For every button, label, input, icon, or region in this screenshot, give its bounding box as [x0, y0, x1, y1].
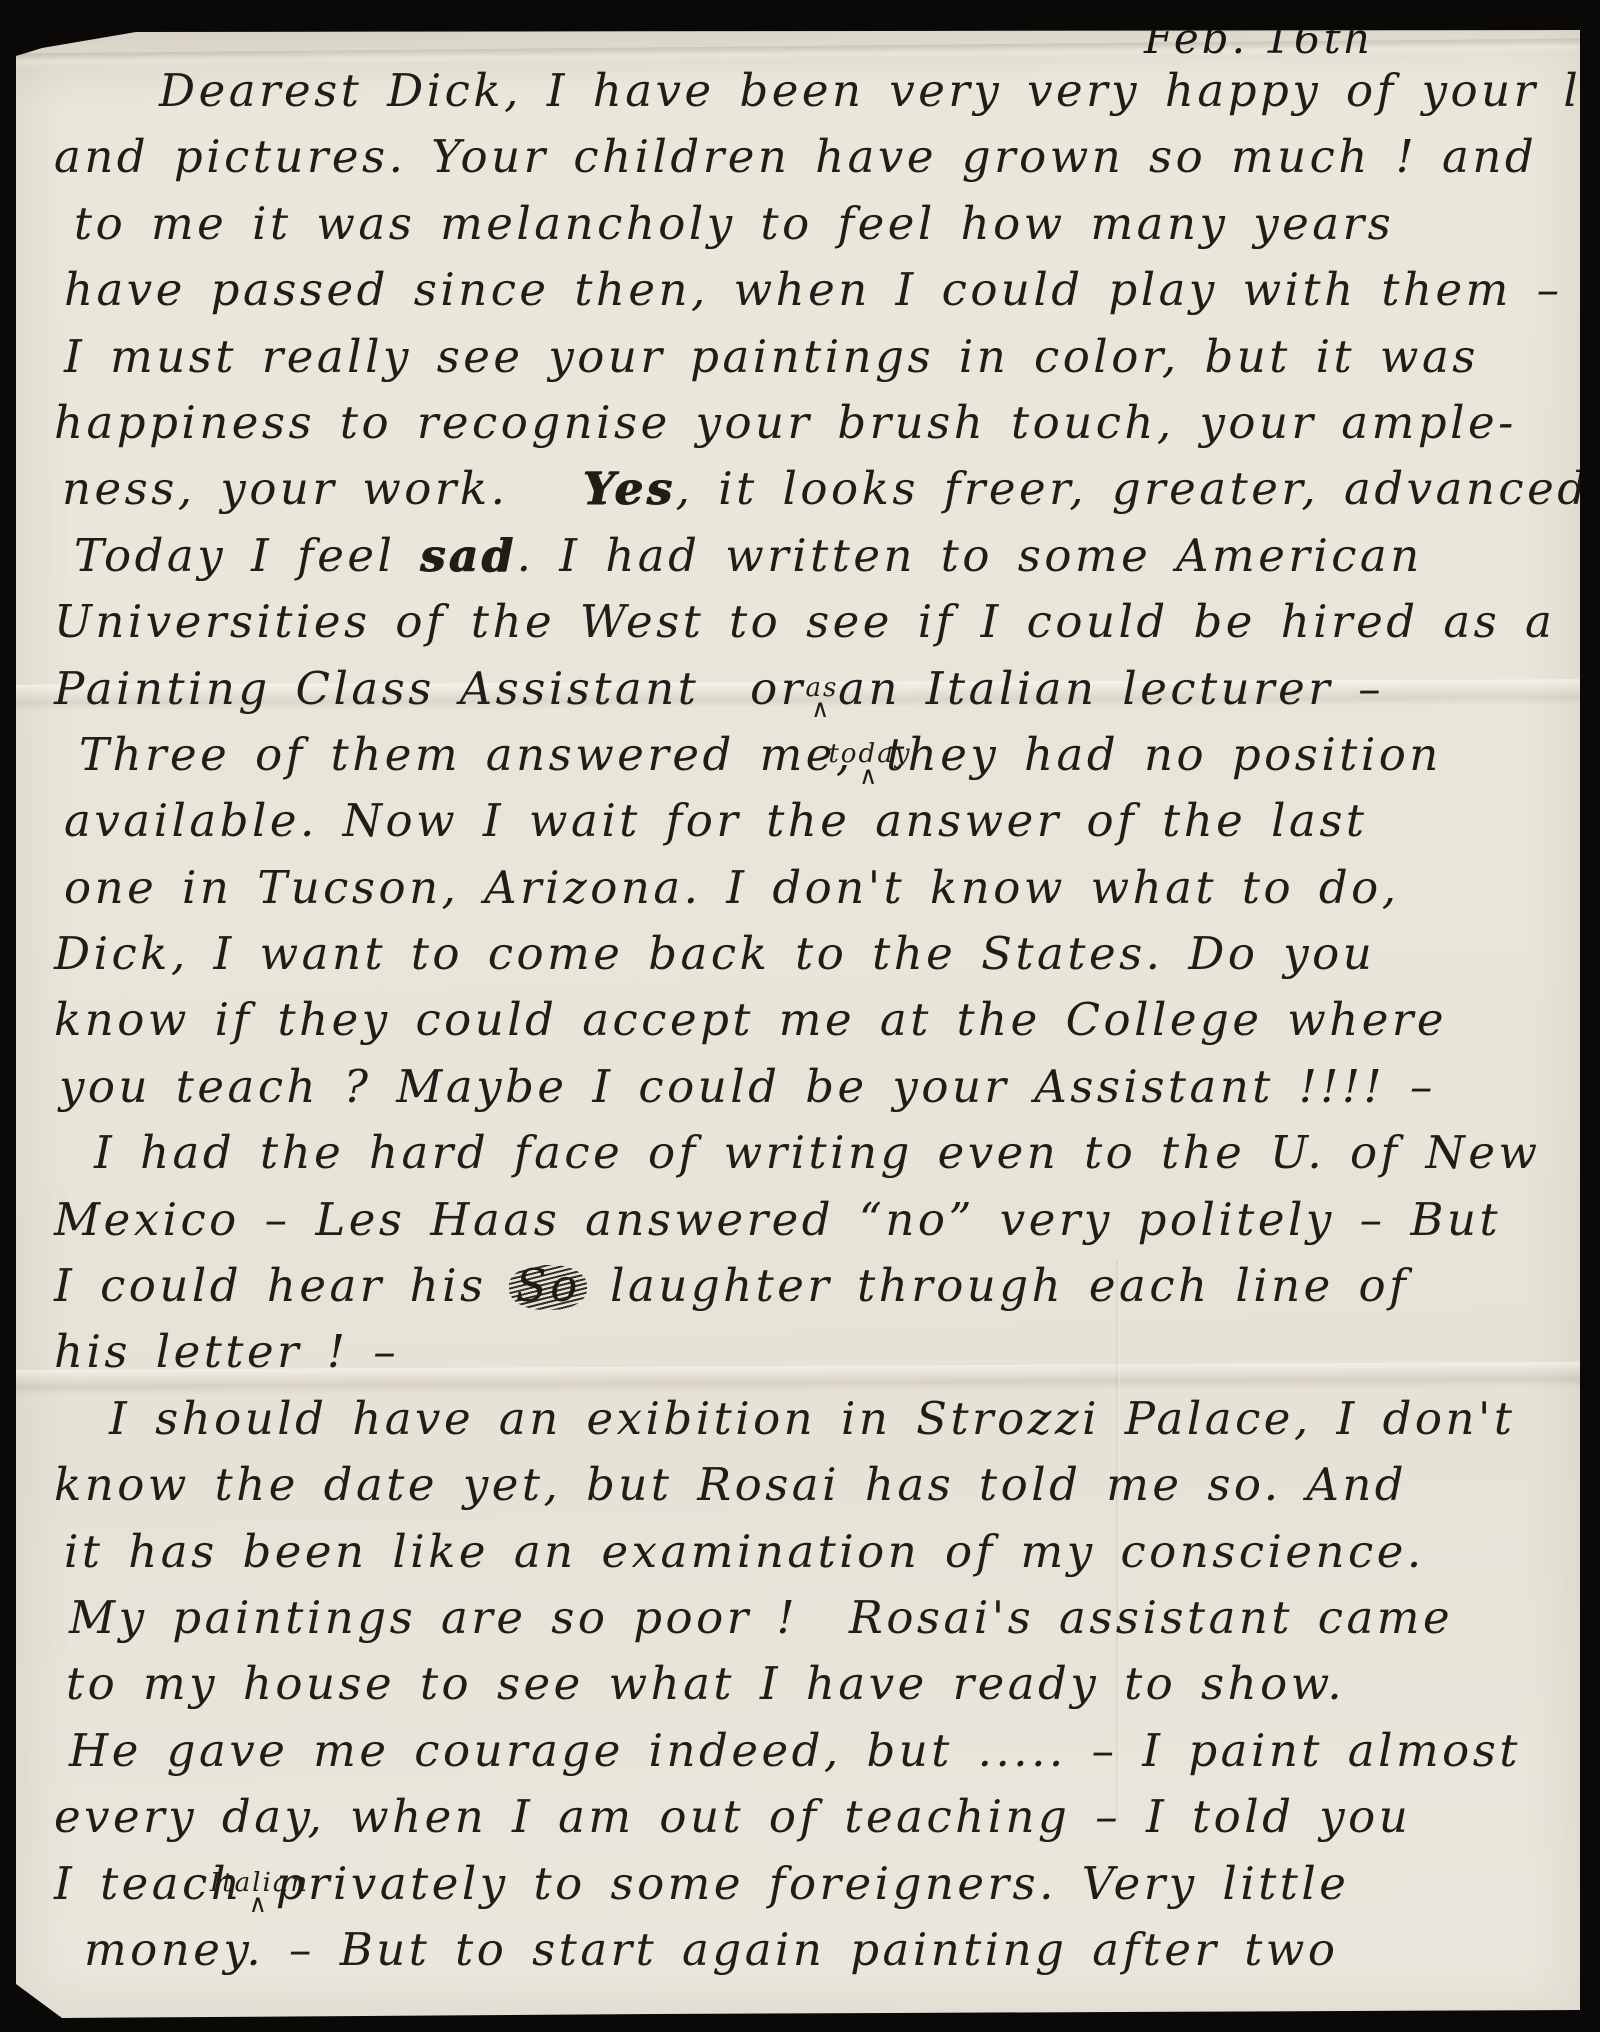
line-text: they had no position: [886, 728, 1442, 781]
letter-line: I could hear his So laughter through eac…: [54, 1259, 1566, 1325]
letter-line: Dearest Dick, I have been very very happ…: [54, 64, 1566, 130]
line-text: have passed since then, when I could pla…: [64, 263, 1563, 316]
letter-date: Feb. 16th: [1144, 14, 1374, 63]
letter-line: Today I feel sad. I had written to some …: [54, 529, 1566, 595]
line-text: Universities of the West to see if I cou…: [54, 595, 1555, 648]
letter-line: know if they could accept me at the Coll…: [54, 993, 1566, 1059]
line-text: I had the hard face of writing even to t…: [94, 1126, 1541, 1179]
letter-line: Mexico – Les Haas answered “no” very pol…: [54, 1193, 1566, 1259]
letter-body: Dearest Dick, I have been very very happ…: [54, 64, 1566, 1989]
line-text: it has been like an examination of my co…: [64, 1525, 1425, 1578]
line-text: Painting Class Assistant or: [54, 662, 806, 715]
line-text: I must really see your paintings in colo…: [64, 330, 1479, 383]
scanned-letter: Feb. 16th Dearest Dick, I have been very…: [0, 0, 1600, 2032]
letter-line: I must really see your paintings in colo…: [54, 330, 1566, 396]
line-text: I should have an exibition in Strozzi Pa…: [109, 1392, 1515, 1445]
line-text: laughter through each line of: [585, 1259, 1409, 1312]
line-text: know if they could accept me at the Coll…: [54, 993, 1447, 1046]
line-text: privately to some foreigners. Very littl…: [276, 1857, 1350, 1910]
line-text: available. Now I wait for the answer of …: [64, 794, 1368, 847]
letter-line: every day, when I am out of teaching – I…: [54, 1790, 1566, 1856]
line-text: . I had written to some American: [517, 529, 1423, 582]
line-text: every day, when I am out of teaching – I…: [54, 1790, 1411, 1843]
letter-line: his letter ! –: [54, 1325, 1566, 1391]
letter-line: I teachItalian∧privately to some foreign…: [54, 1857, 1566, 1923]
line-text: ness, your work.: [62, 462, 583, 515]
letter-line: Painting Class Assistant oras∧an Italian…: [54, 662, 1566, 728]
letter-line: My paintings are so poor ! Rosai's assis…: [54, 1591, 1566, 1657]
letter-line: to me it was melancholy to feel how many…: [54, 197, 1566, 263]
line-text: My paintings are so poor ! Rosai's assis…: [69, 1591, 1453, 1644]
letter-line: one in Tucson, Arizona. I don't know wha…: [54, 861, 1566, 927]
line-text: He gave me courage indeed, but ..... – I…: [69, 1724, 1521, 1777]
line-text: Three of them answered me,: [79, 728, 854, 781]
overwritten-word: Yes: [583, 462, 676, 515]
line-text: I could hear his: [54, 1259, 511, 1312]
letter-line: know the date yet, but Rosai has told me…: [54, 1458, 1566, 1524]
line-text: one in Tucson, Arizona. I don't know wha…: [64, 861, 1400, 914]
line-text: , it looks freer, greater, advanced.: [676, 462, 1600, 515]
letter-line: Dick, I want to come back to the States.…: [54, 927, 1566, 993]
line-text: his letter ! –: [54, 1325, 399, 1378]
line-text: happiness to recognise your brush touch,…: [54, 396, 1517, 449]
letter-line: Three of them answered me,today∧they had…: [54, 728, 1566, 794]
letter-line: to my house to see what I have ready to …: [54, 1657, 1566, 1723]
letter-line: it has been like an examination of my co…: [54, 1525, 1566, 1591]
line-text: Dick, I want to come back to the States.…: [54, 927, 1375, 980]
letter-line: I should have an exibition in Strozzi Pa…: [54, 1392, 1566, 1458]
line-text: to me it was melancholy to feel how many…: [74, 197, 1394, 250]
line-text: you teach ? Maybe I could be your Assist…: [59, 1060, 1436, 1113]
overwritten-word: sad: [420, 529, 516, 582]
line-text: money. – But to start again painting aft…: [84, 1923, 1338, 1976]
inserted-word: Italian∧: [243, 1857, 275, 1919]
letter-line: ness, your work. Yes, it looks freer, gr…: [54, 462, 1566, 528]
letter-line: and pictures. Your children have grown s…: [54, 130, 1566, 196]
letter-line: you teach ? Maybe I could be your Assist…: [54, 1060, 1566, 1126]
line-text: an Italian lecturer –: [838, 662, 1384, 715]
line-text: and pictures. Your children have grown s…: [54, 130, 1537, 183]
letter-paper: Feb. 16th Dearest Dick, I have been very…: [16, 30, 1580, 2018]
line-text: to my house to see what I have ready to …: [66, 1657, 1345, 1710]
scribbled-out-word: So: [511, 1259, 585, 1312]
line-text: Dearest Dick, I have been very very happ…: [159, 64, 1600, 117]
letter-line: happiness to recognise your brush touch,…: [54, 396, 1566, 462]
letter-line: have passed since then, when I could pla…: [54, 263, 1566, 329]
letter-line: I had the hard face of writing even to t…: [54, 1126, 1566, 1192]
line-text: know the date yet, but Rosai has told me…: [54, 1458, 1407, 1511]
line-text: Today I feel: [74, 529, 420, 582]
inserted-word: as∧: [806, 662, 838, 724]
letter-line: money. – But to start again painting aft…: [54, 1923, 1566, 1989]
letter-line: Universities of the West to see if I cou…: [54, 595, 1566, 661]
letter-line: He gave me courage indeed, but ..... – I…: [54, 1724, 1566, 1790]
inserted-word: today∧: [854, 728, 886, 790]
letter-line: available. Now I wait for the answer of …: [54, 794, 1566, 860]
line-text: Mexico – Les Haas answered “no” very pol…: [54, 1193, 1501, 1246]
